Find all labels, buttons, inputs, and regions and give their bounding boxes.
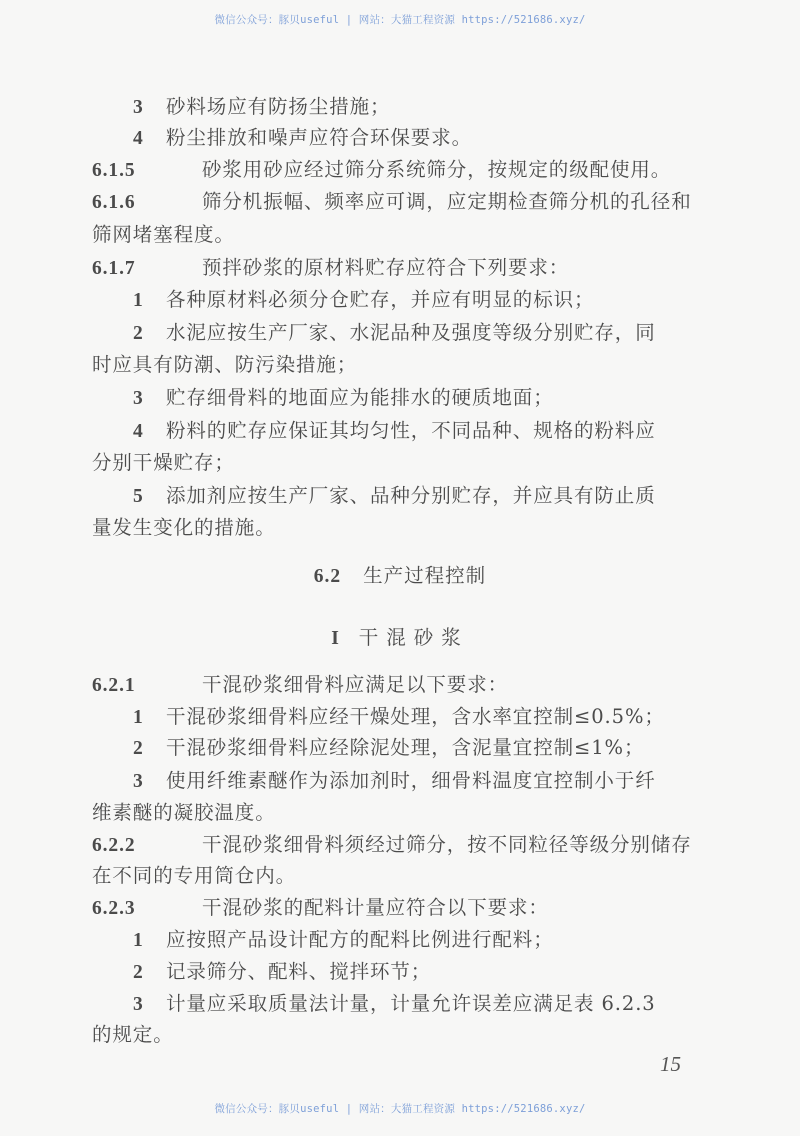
list-item: 2记录筛分、配料、搅拌环节； [133, 960, 431, 984]
clause-number: 6.2.1 [92, 674, 202, 698]
item-number: 4 [133, 420, 166, 444]
item-text: 粉尘排放和噪声应符合环保要求。 [166, 126, 472, 149]
item-number: 1 [133, 929, 166, 953]
item-text: 干混砂浆细骨料应经干燥处理，含水率宜控制≤0.5%； [166, 705, 665, 728]
clause-text: 筛分机振幅、频率应可调，应定期检查筛分机的孔径和 [202, 190, 692, 213]
list-item: 3使用纤维素醚作为添加剂时，细骨料温度宜控制小于纤 [133, 769, 656, 793]
clause-number: 6.1.6 [92, 191, 202, 215]
clause-number: 6.2.3 [92, 897, 202, 921]
clause-text: 干混砂浆的配料计量应符合以下要求： [202, 896, 549, 919]
clause-continuation: 在不同的专用筒仓内。 [92, 864, 296, 888]
item-text: 干混砂浆细骨料应经除泥处理，含泥量宜控制≤1%； [166, 736, 644, 759]
item-text: 应按照产品设计配方的配料比例进行配料； [166, 928, 554, 951]
item-text: 水泥应按生产厂家、水泥品种及强度等级分别贮存，同 [166, 321, 656, 344]
clause-text: 预拌砂浆的原材料贮存应符合下列要求： [202, 256, 569, 279]
item-number: 1 [133, 706, 166, 730]
item-number: 3 [133, 770, 166, 794]
item-number: 5 [133, 485, 166, 509]
item-text: 贮存细骨料的地面应为能排水的硬质地面； [166, 386, 554, 409]
item-number: 3 [133, 96, 166, 120]
item-number: 4 [133, 127, 166, 151]
list-item: 2水泥应按生产厂家、水泥品种及强度等级分别贮存，同 [133, 321, 656, 345]
section-title: 生产过程控制 [363, 564, 486, 587]
list-item: 3贮存细骨料的地面应为能排水的硬质地面； [133, 386, 554, 410]
item-number: 2 [133, 322, 166, 346]
clause-number: 6.1.5 [92, 159, 202, 183]
list-item: 3计量应采取质量法计量，计量允许误差应满足表 6.2.3 [133, 992, 656, 1016]
subsection-title: 干混砂浆 [359, 626, 469, 649]
clause-6-1-5: 6.1.5砂浆用砂应经过筛分系统筛分，按规定的级配使用。 [92, 158, 671, 182]
item-text: 使用纤维素醚作为添加剂时，细骨料温度宜控制小于纤 [166, 769, 656, 792]
item-text: 各种原材料必须分仓贮存，并应有明显的标识； [166, 288, 594, 311]
item-continuation: 的规定。 [92, 1023, 174, 1047]
list-item: 1干混砂浆细骨料应经干燥处理，含水率宜控制≤0.5%； [133, 705, 665, 729]
section-number: 6.2 [314, 566, 341, 588]
list-item: 1应按照产品设计配方的配料比例进行配料； [133, 928, 554, 952]
item-text: 添加剂应按生产厂家、品种分别贮存，并应具有防止质 [166, 484, 656, 507]
page-number: 15 [660, 1052, 681, 1077]
list-item: 5添加剂应按生产厂家、品种分别贮存，并应具有防止质 [133, 484, 656, 508]
item-continuation: 分别干燥贮存； [92, 451, 235, 475]
clause-number: 6.1.7 [92, 257, 202, 281]
list-item: 1各种原材料必须分仓贮存，并应有明显的标识； [133, 288, 594, 312]
item-text: 砂料场应有防扬尘措施； [166, 95, 390, 118]
list-item: 4粉尘排放和噪声应符合环保要求。 [133, 126, 472, 150]
item-text: 计量应采取质量法计量，计量允许误差应满足表 6.2.3 [166, 992, 656, 1015]
list-item: 2干混砂浆细骨料应经除泥处理，含泥量宜控制≤1%； [133, 736, 644, 760]
clause-text: 砂浆用砂应经过筛分系统筛分，按规定的级配使用。 [202, 158, 671, 181]
watermark-bottom: 微信公众号：豚贝useful | 网站：大猫工程资源 https://52168… [0, 1101, 800, 1116]
clause-6-1-7: 6.1.7预拌砂浆的原材料贮存应符合下列要求： [92, 256, 569, 280]
item-continuation: 量发生变化的措施。 [92, 516, 276, 540]
clause-6-2-2: 6.2.2干混砂浆细骨料须经过筛分，按不同粒径等级分别储存 [92, 833, 692, 857]
list-item: 3砂料场应有防扬尘措施； [133, 95, 390, 119]
clause-6-2-1: 6.2.1干混砂浆细骨料应满足以下要求： [92, 673, 508, 697]
clause-6-2-3: 6.2.3干混砂浆的配料计量应符合以下要求： [92, 896, 549, 920]
item-text: 粉料的贮存应保证其均匀性，不同品种、规格的粉料应 [166, 419, 656, 442]
item-number: 3 [133, 387, 166, 411]
section-heading-6-2: 6.2生产过程控制 [0, 560, 800, 588]
list-item: 4粉料的贮存应保证其均匀性，不同品种、规格的粉料应 [133, 419, 656, 443]
item-number: 1 [133, 289, 166, 313]
clause-text: 干混砂浆细骨料应满足以下要求： [202, 673, 508, 696]
item-number: 3 [133, 993, 166, 1017]
item-continuation: 时应具有防潮、防污染措施； [92, 353, 357, 377]
clause-continuation: 筛网堵塞程度。 [92, 223, 235, 247]
item-text: 记录筛分、配料、搅拌环节； [166, 960, 431, 983]
item-number: 2 [133, 961, 166, 985]
clause-text: 干混砂浆细骨料须经过筛分，按不同粒径等级分别储存 [202, 833, 692, 856]
item-continuation: 维素醚的凝胶温度。 [92, 801, 276, 825]
subsection-number: I [331, 628, 339, 650]
document-page: 3砂料场应有防扬尘措施； 4粉尘排放和噪声应符合环保要求。 6.1.5砂浆用砂应… [0, 0, 800, 1136]
clause-6-1-6: 6.1.6筛分机振幅、频率应可调，应定期检查筛分机的孔径和 [92, 190, 692, 214]
clause-number: 6.2.2 [92, 834, 202, 858]
subsection-heading-I: I干混砂浆 [0, 622, 800, 650]
item-number: 2 [133, 737, 166, 761]
